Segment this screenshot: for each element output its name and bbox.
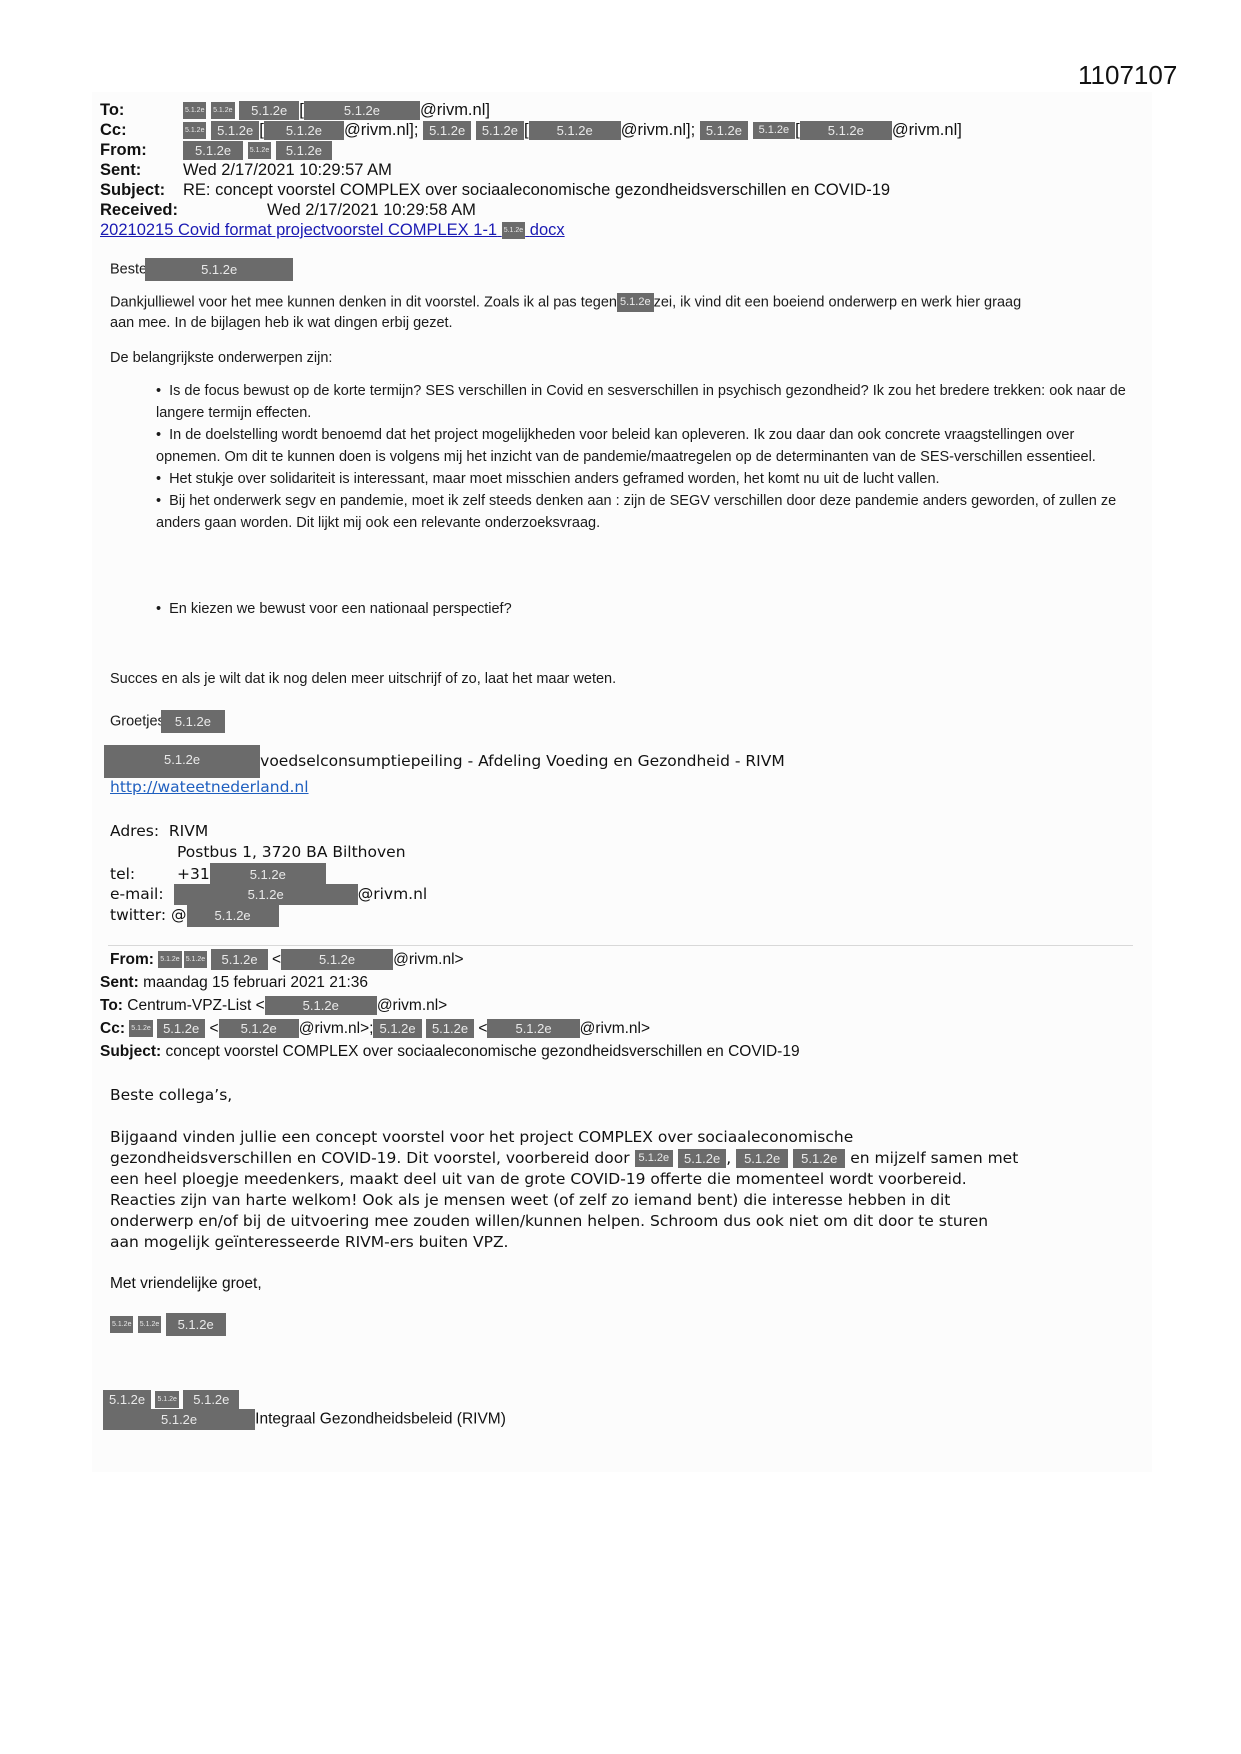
sender-name: 5.1.2e 5.1.2e 5.1.2e [110,1313,262,1336]
redaction: 5.1.2e [103,1409,255,1430]
from-row: From: 5.1.2e 5.1.2e 5.1.2e [100,140,565,160]
signature-department: 5.1.2evoedselconsumptiepeiling - Afdelin… [104,745,785,778]
twitter-row: twitter: @5.1.2e [110,904,279,927]
redaction: 5.1.2e [174,884,358,905]
redaction: 5.1.2e [276,141,332,160]
redaction: 5.1.2e [529,121,621,140]
from-row: From: 5.1.2e5.1.2e 5.1.2e <5.1.2e@rivm.n… [110,948,464,971]
topics-intro: De belangrijkste onderwerpen zijn: [110,350,332,366]
redaction: 5.1.2e [800,121,892,140]
topic-item-last: En kiezen we bewust voor een nationaal p… [156,601,512,617]
body-line: Reacties zijn van harte welkom! Ook als … [110,1190,950,1211]
attachment-row[interactable]: 20210215 Covid format projectvoorstel CO… [100,220,565,240]
address-row: Adres: RIVM [110,822,208,840]
body-line: Bijgaand vinden jullie een concept voors… [110,1127,853,1148]
redaction: 5.1.2e [166,1313,226,1336]
redaction: 5.1.2e [211,102,234,119]
sent-row: Sent: Wed 2/17/2021 10:29:57 AM [100,160,565,180]
closing-greeting: Met vriendelijke groet, 5.1.2e 5.1.2e 5.… [110,1275,262,1336]
sent-value: Wed 2/17/2021 10:29:57 AM [183,160,392,180]
topic-item: In de doelstelling wordt benoemd dat het… [156,424,1136,468]
subject-row: Subject: concept voorstel COMPLEX over s… [100,1040,800,1063]
cc-row: Cc: 5.1.2e 5.1.2e[5.1.2e@rivm.nl]; 5.1.2… [100,120,565,140]
cc-email-suffix: @rivm.nl] [892,121,962,139]
redaction: 5.1.2e [487,1019,579,1038]
redaction: 5.1.2e [753,122,796,139]
body-line: een heel ploegje meedenkers, maakt deel … [110,1169,967,1190]
topic-item: Is de focus bewust op de korte termijn? … [156,380,1136,424]
website-link[interactable]: http://wateetnederland.nl [110,778,309,796]
redaction: 5.1.2e [476,121,524,140]
to-row: To: 5.1.2e 5.1.2e 5.1.2e[5.1.2e@rivm.nl] [100,100,565,120]
topics-list: Is de focus bewust op de korte termijn? … [156,380,1136,534]
body-line: aan mogelijk geïnteresseerde RIVM-ers bu… [110,1232,509,1253]
salutation: Beste5.1.2e [110,258,293,281]
redaction: 5.1.2e [155,1391,178,1408]
redaction: 5.1.2e [183,122,206,139]
sender-signature: 5.1.2e 5.1.2e 5.1.2e 5.1.2eIntegraal Gez… [103,1390,506,1430]
subject-row: Subject: RE: concept voorstel COMPLEX ov… [100,180,565,200]
redaction: 5.1.2e [426,1019,474,1038]
redaction: 5.1.2e [183,102,206,119]
redaction: 5.1.2e [373,1019,421,1038]
paragraph-thanks: Dankjulliewel voor het mee kunnen denken… [110,293,1021,312]
redaction: 5.1.2e [161,710,225,733]
redaction: 5.1.2e [304,101,420,120]
redaction: 5.1.2e [145,258,293,281]
redaction: 5.1.2e [103,1390,151,1409]
redaction: 5.1.2e [219,1019,299,1038]
redaction: 5.1.2e [423,121,471,140]
redaction: 5.1.2e [264,121,344,140]
redaction: 5.1.2e [129,1020,152,1037]
received-label: Received: [100,200,178,220]
subject-value: RE: concept voorstel COMPLEX over sociaa… [183,180,890,200]
sign-off: Groetjes5.1.2e [110,710,225,733]
cc-label: Cc: [100,120,127,140]
closing-line: Succes en als je wilt dat ik nog delen m… [110,671,616,687]
received-row: Received: Wed 2/17/2021 10:29:58 AM [100,200,565,220]
to-label: To: [100,100,124,120]
email-row: e-mail:5.1.2e@rivm.nl [110,884,427,905]
attachment-link[interactable]: 20210215 Covid format projectvoorstel CO… [100,221,565,239]
redaction: 5.1.2e [265,996,377,1015]
received-value: Wed 2/17/2021 10:29:58 AM [267,200,476,220]
redaction: 5.1.2e [110,1316,133,1333]
redaction: 5.1.2e [239,101,299,120]
redaction: 5.1.2e [635,1150,674,1167]
cc-email-suffix: @rivm.nl]; [621,121,696,139]
redaction: 5.1.2e [281,949,393,970]
document-number: 1107107 [1078,60,1177,91]
redaction: 5.1.2e [183,141,243,160]
reply-email-header: To: 5.1.2e 5.1.2e 5.1.2e[5.1.2e@rivm.nl]… [100,100,565,240]
redaction: 5.1.2e [183,1390,239,1409]
sent-row: Sent: maandag 15 februari 2021 21:36 [100,971,368,994]
redaction: 5.1.2e [678,1149,726,1168]
message-separator [108,945,1133,946]
topic-item: Bij het onderwerk segv en pandemie, moet… [156,490,1136,534]
redaction: 5.1.2e [248,142,271,159]
redaction: 5.1.2e [211,121,259,140]
from-label: From: [100,140,147,160]
redaction: 5.1.2e [793,1149,845,1168]
redaction: 5.1.2e [736,1149,788,1168]
redaction: 5.1.2e [700,121,748,140]
salutation: Beste collega’s, [110,1085,232,1106]
body-line: gezondheidsverschillen en COVID-19. Dit … [110,1148,1018,1169]
redaction: 5.1.2e [617,293,654,312]
redaction: 5.1.2e [210,863,326,886]
redaction: 5.1.2e [158,951,181,968]
topic-item: Het stukje over solidariteit is interess… [156,468,1136,490]
cc-email-suffix: @rivm.nl]; [344,121,419,139]
redaction: 5.1.2e [187,904,279,927]
sender-department: Integraal Gezondheidsbeleid (RIVM) [255,1411,506,1428]
sent-label: Sent: [100,160,141,180]
redaction: 5.1.2e [184,951,207,968]
paragraph-thanks-cont: aan mee. In de bijlagen heb ik wat dinge… [110,315,453,331]
redaction: 5.1.2e [157,1019,205,1038]
subject-label: Subject: [100,180,165,200]
redaction: 5.1.2e [502,222,525,239]
tel-row: tel:+315.1.2e [110,863,326,886]
to-row: To: Centrum-VPZ-List <5.1.2e@rivm.nl> [100,994,447,1017]
to-email-suffix: @rivm.nl] [420,101,490,119]
redaction: 5.1.2e [104,745,260,778]
address-line: Postbus 1, 3720 BA Bilthoven [177,843,406,861]
cc-row: Cc: 5.1.2e 5.1.2e <5.1.2e@rivm.nl>;5.1.2… [100,1017,650,1040]
body-line: onderwerp en/of bij de uitvoering mee zo… [110,1211,988,1232]
redaction: 5.1.2e [211,949,267,970]
redaction: 5.1.2e [138,1316,161,1333]
